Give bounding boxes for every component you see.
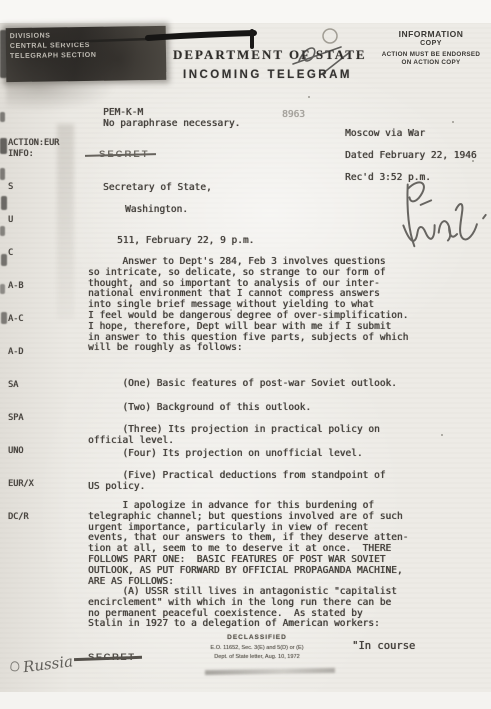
distribution-code: UNO (8, 446, 34, 457)
stamp-smudge-line (205, 668, 335, 675)
distribution-code: A-D (8, 347, 34, 358)
outline-item-two: (Two) Background of this outlook. (88, 403, 440, 414)
body-paragraph-3: (A) USSR still lives in antagonistic "ca… (88, 587, 444, 630)
info-copy-line: ACTION MUST BE ENDORSED (378, 51, 484, 58)
handwritten-initials-pwal (398, 174, 489, 248)
distribution-code: A-C (8, 314, 34, 325)
distribution-list: S U C A-B A-C A-D SA SPA UNO EUR/X DC/R (8, 160, 34, 545)
outline-item-five: (Five) Practical deductions from standpo… (88, 471, 440, 493)
paraphrase-note: No paraphrase necessary. (103, 119, 240, 130)
telegram-number-line: 511, February 22, 9 p.m. (117, 236, 254, 247)
scan-streak (57, 124, 74, 319)
action-routing: ACTION:EUR (8, 138, 59, 149)
quote-start-text: "In course (352, 641, 415, 652)
stamp-smudge (6, 78, 116, 112)
origin-line: Moscow via War (345, 129, 425, 140)
handwritten-annotation: Russia (9, 652, 74, 678)
outline-item-three: (Three) Its projection in practical poli… (88, 425, 440, 447)
received-line: Rec'd 3:52 p.m. (345, 173, 431, 184)
scan-margin-bottom (0, 692, 491, 709)
handwritten-circle-mark (10, 661, 20, 672)
body-paragraph-2: I apologize in advance for this burdenin… (88, 501, 444, 587)
distribution-code: DC/R (8, 512, 34, 523)
declassified-letter-line: Dept. of State letter, Aug. 10, 1972 (168, 654, 346, 660)
info-routing-label: INFO: (8, 149, 34, 160)
distribution-code: SPA (8, 413, 34, 424)
information-copy-box: INFORMATION COPY ACTION MUST BE ENDORSED… (378, 29, 484, 66)
addressee-line: Washington. (125, 205, 188, 216)
distribution-code: C (8, 248, 34, 259)
scan-margin-top (0, 0, 491, 23)
info-copy-line: COPY (378, 40, 484, 47)
telegraph-section-stamp: DIVISIONS CENTRAL SERVICES TELEGRAPH SEC… (6, 26, 167, 82)
outline-item-one: (One) Basic features of post-war Soviet … (88, 379, 440, 390)
declassified-stamp: DECLASSIFIED E.O. 11652, Sec. 3(E) and 5… (168, 634, 346, 660)
distribution-code: SA (8, 380, 34, 391)
incoming-telegram-title: INCOMING TELEGRAM (183, 69, 352, 81)
info-copy-line: ON ACTION COPY (378, 59, 484, 66)
stamp-line: DIVISIONS (10, 31, 166, 40)
declassified-label: DECLASSIFIED (168, 634, 346, 641)
department-title: DEPARTMENT OF STATE (173, 47, 367, 63)
body-paragraph-1: Answer to Dept's 284, Feb 3 involves que… (88, 257, 440, 354)
distribution-code: S (8, 182, 34, 193)
secret-stamp-crossed-bottom: SECRET (88, 652, 136, 663)
distribution-code: EUR/X (8, 479, 34, 490)
declassified-eo-line: E.O. 11652, Sec. 3(E) and 5(D) or (E) (168, 645, 346, 651)
control-number: 8963 (282, 110, 305, 121)
stamp-line: CENTRAL SERVICES (10, 41, 166, 50)
telegram-scan-page: DIVISIONS CENTRAL SERVICES TELEGRAPH SEC… (0, 0, 491, 709)
addressee-line: Secretary of State, (103, 183, 212, 194)
stamp-line: TELEGRAPH SECTION (10, 51, 166, 60)
hole-punch-circle (323, 29, 337, 43)
dated-line: Dated February 22, 1946 (345, 151, 477, 162)
info-copy-line: INFORMATION (378, 29, 484, 39)
handwritten-word: Russia (22, 652, 74, 676)
distribution-code: U (8, 215, 34, 226)
outline-item-four: (Four) Its projection on unofficial leve… (88, 449, 440, 460)
distribution-code: A-B (8, 281, 34, 292)
secret-stamp-crossed: SECRET (99, 149, 150, 160)
